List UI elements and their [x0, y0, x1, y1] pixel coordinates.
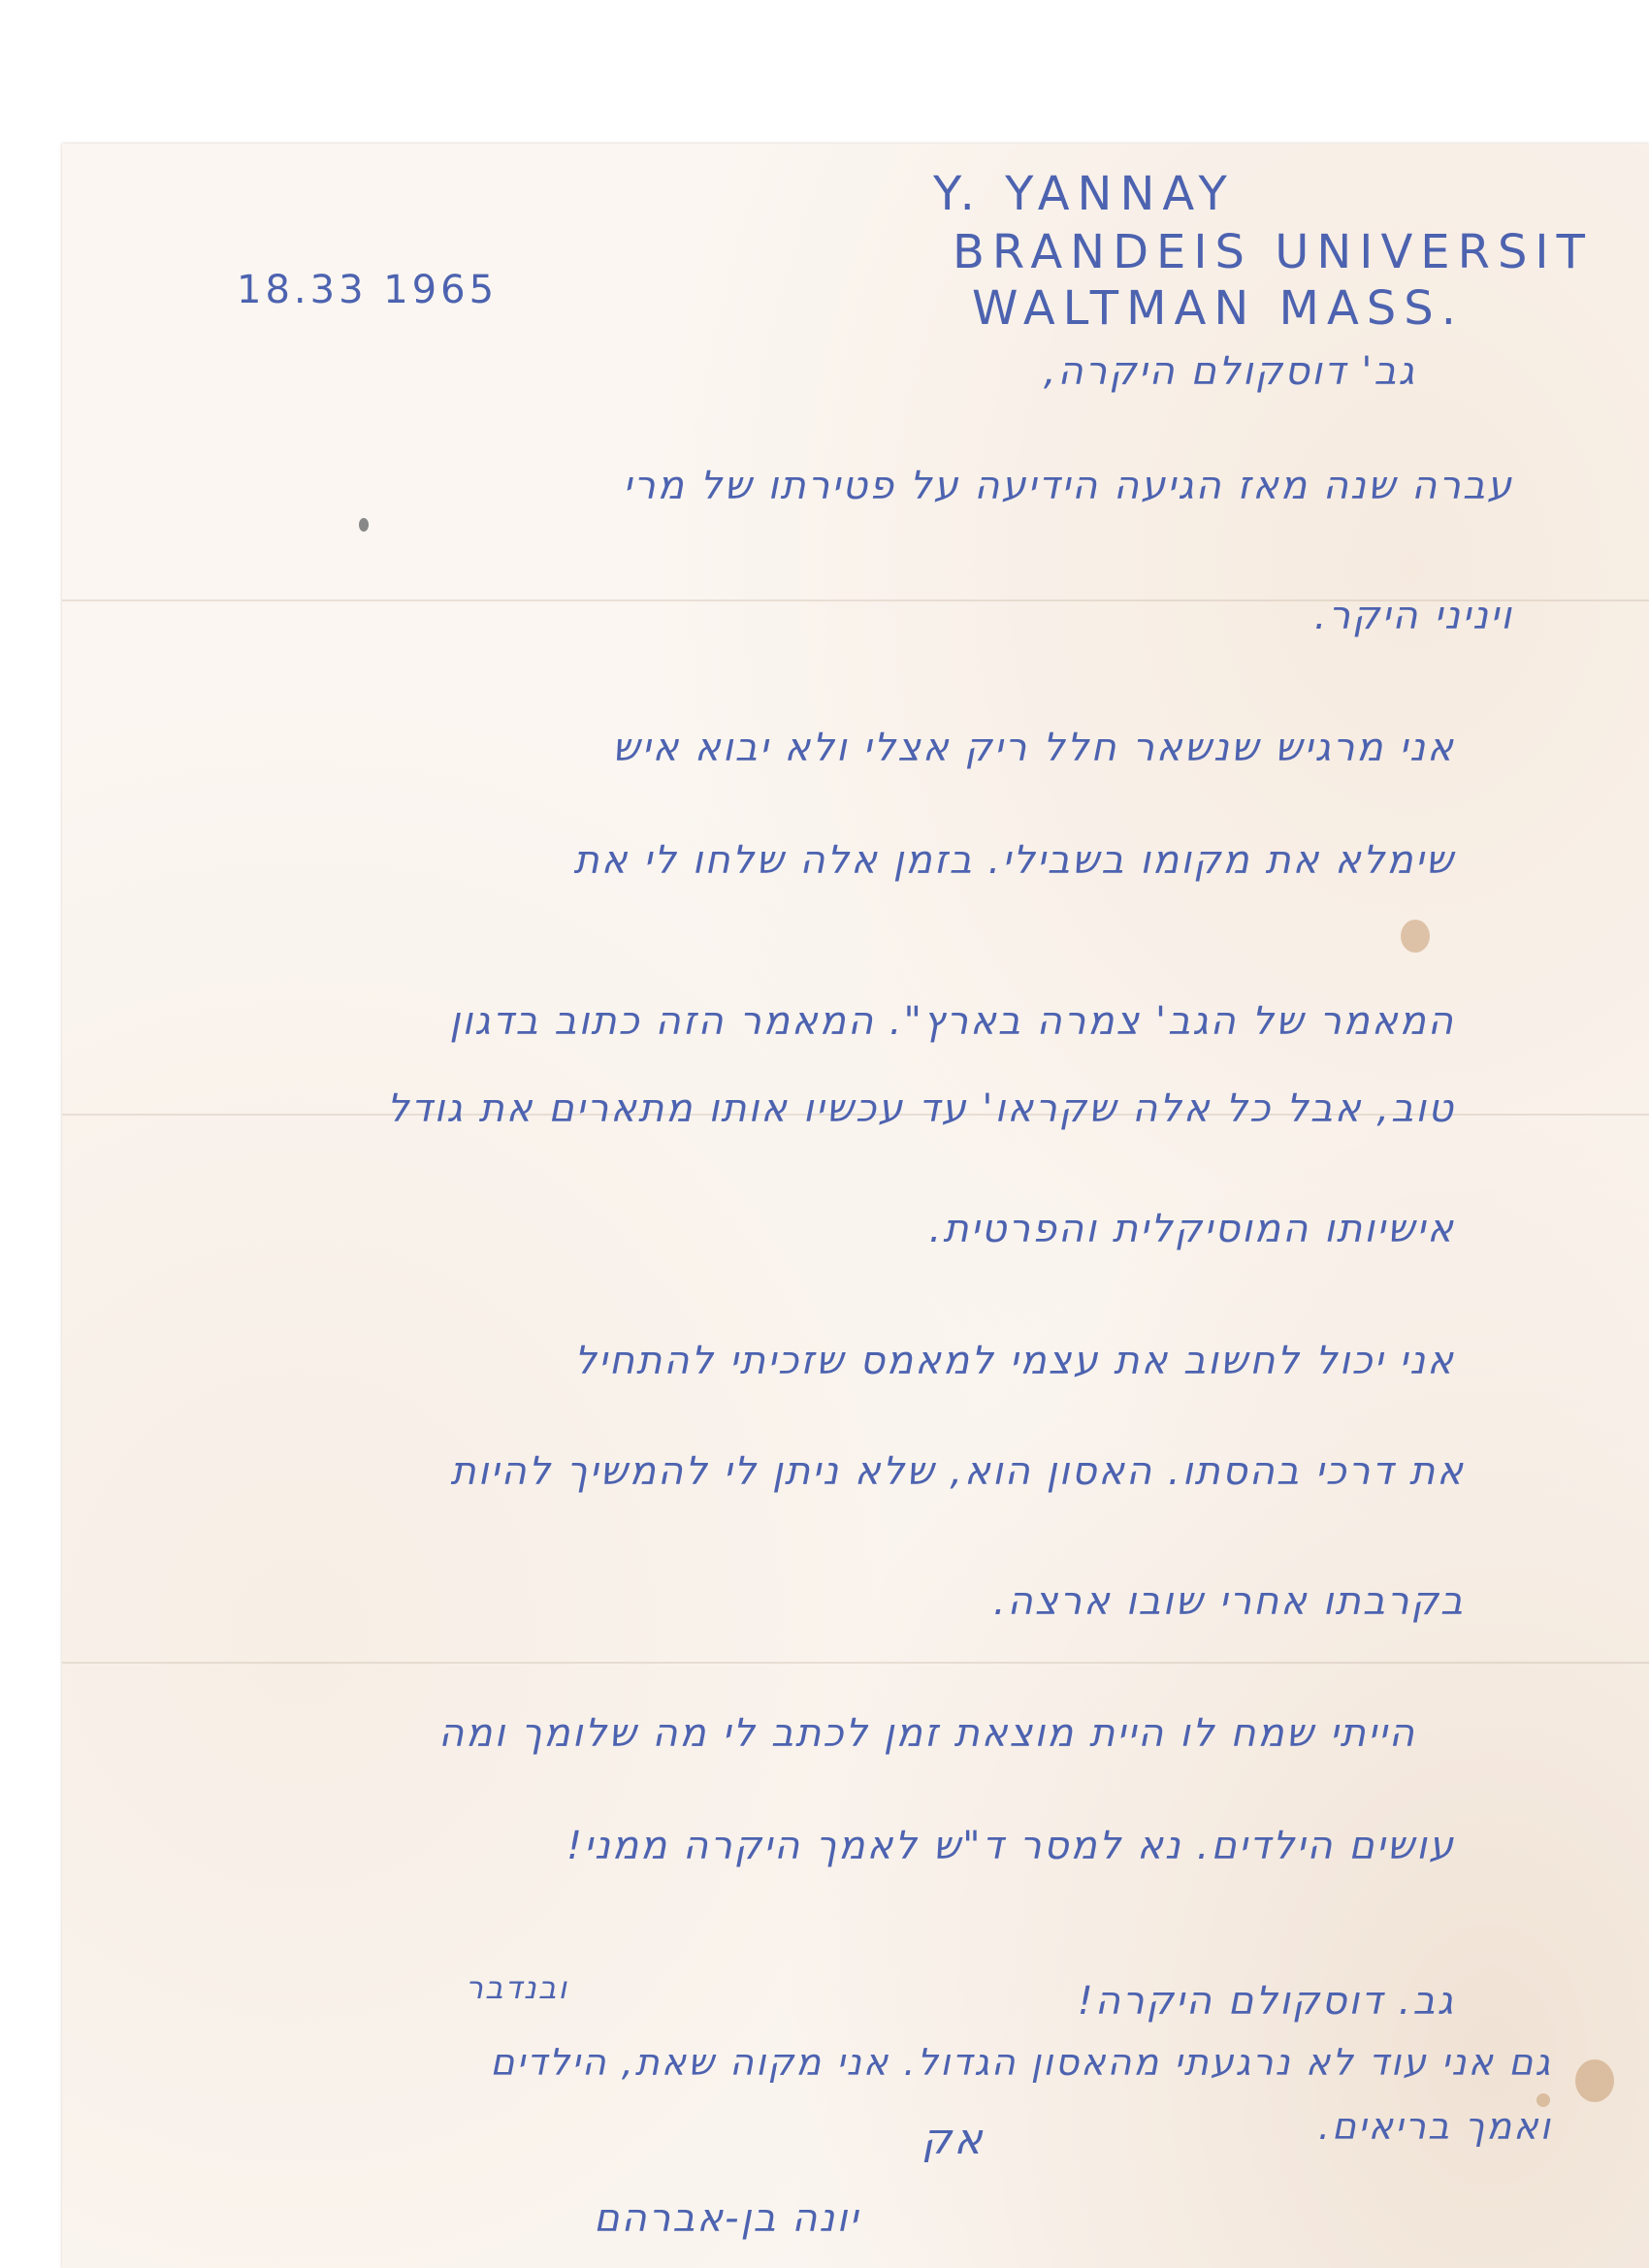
return-address-city: WALTMAN MASS.	[972, 281, 1464, 336]
paragraph-2-line-3: המאמר של הגב' צמרה בארץ". המאמר הזה כתוב…	[449, 999, 1455, 1044]
paragraph-3-line-1: אני יכול לחשוב את עצמי למאמס שזכיתי להתח…	[574, 1339, 1455, 1383]
signature-initials: אק	[921, 2115, 985, 2164]
paragraph-1-line-2: ויניני היקר.	[1314, 594, 1513, 638]
fold-line	[62, 1662, 1649, 1664]
stain	[1401, 920, 1430, 953]
return-address-institution: BRANDEIS UNIVERSIT	[953, 225, 1593, 279]
paragraph-3-line-3: בקרבתו אחרי שובו ארצה.	[993, 1579, 1465, 1624]
postscript-line-1: גם אני עוד לא נרגעתי מהאסון הגדול. אני מ…	[490, 2041, 1552, 2084]
paragraph-2-line-1: אני מרגיש שנשאר חלל ריק אצלי ולא יבוא אי…	[612, 726, 1455, 770]
paragraph-2-line-4: טוב, אבל כל אלה שקראו' עד עכשיו אותו מתא…	[387, 1086, 1455, 1131]
ink-spot	[359, 518, 369, 532]
letter-date: 18.33 1965	[237, 268, 498, 312]
stain	[1575, 2059, 1614, 2102]
paragraph-1-line-1: עברה שנה מאז הגיעה הידיעה על פטירתו של מ…	[623, 464, 1513, 508]
return-address-name: Y. YANNAY	[933, 167, 1235, 221]
postscript-insert: ובנדבר	[466, 1969, 568, 2006]
paragraph-2-line-5: אישיותו המוסיקלית והפרטית.	[929, 1207, 1455, 1251]
letter-paper	[62, 144, 1649, 2268]
postscript-line-2: ואמך בריאים.	[1318, 2105, 1552, 2148]
paragraph-3-line-2: את דרכי בהסתו. האסון הוא, שלא ניתן לי לה…	[450, 1449, 1465, 1494]
postscript-salutation: גב. דוסקולם היקרה!	[1078, 1979, 1455, 2024]
signature-name: יונה בן-אברהם	[594, 2196, 859, 2241]
salutation: גב' דוסקולם היקרה,	[1044, 349, 1416, 394]
paragraph-2-line-2: שימלא את מקומו בשבילי. בזמן אלה שלחו לי …	[573, 838, 1455, 883]
paragraph-4-line-2: עושים הילדים. נא למסר ד"ש לאמך היקרה ממנ…	[566, 1824, 1455, 1868]
paragraph-4-line-1: הייתי שמח לו היית מוצאת זמן לכתב לי מה ש…	[438, 1711, 1416, 1756]
